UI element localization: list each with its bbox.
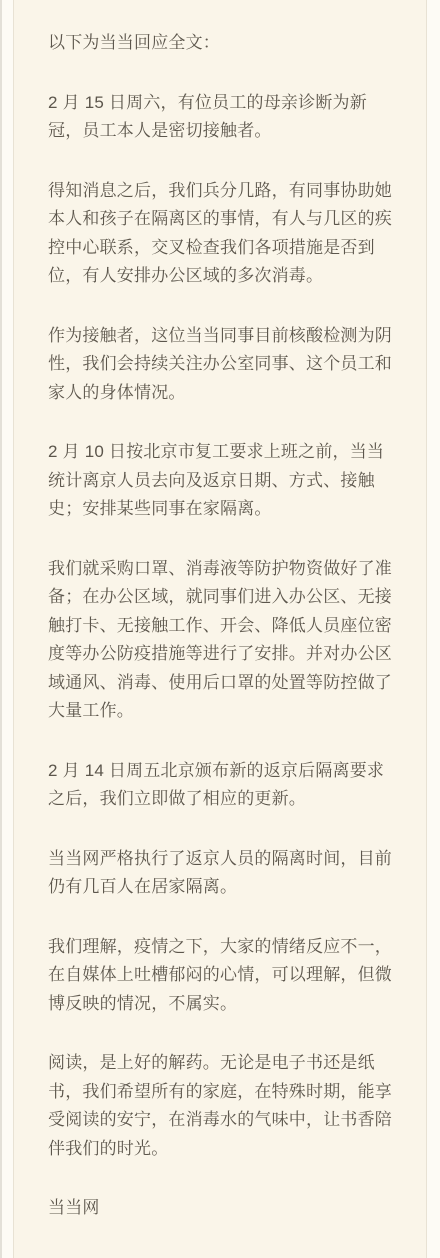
article-paragraph-9: 阅读，是上好的解药。无论是电子书还是纸 书，我们希望所有的家庭，在特殊时期，能享…	[48, 1049, 398, 1163]
article-paragraph-8: 我们理解，疫情之下，大家的情绪反应不一， 在自媒体上吐槽郁闷的心情，可以理解，但…	[48, 933, 398, 1019]
article-signature: 当当网	[48, 1194, 398, 1223]
article-paragraph-7: 当当网严格执行了返京人员的隔离时间，目前 仍有几百人在居家隔离。	[48, 845, 398, 902]
article-paragraph-1: 2 月 15 日周六，有位员工的母亲诊断为新 冠，员工本人是密切接触者。	[48, 89, 398, 146]
article-paragraph-2: 得知消息之后，我们兵分几路，有同事协助她 本人和孩子在隔离区的事情，有人与几区的…	[48, 177, 398, 291]
article-paragraph-6: 2 月 14 日周五北京颁布新的返京后隔离要求 之后，我们立即做了相应的更新。	[48, 757, 398, 814]
article-intro: 以下为当当回应全文：	[48, 29, 398, 58]
screenshot-root: 以下为当当回应全文： 2 月 15 日周六，有位员工的母亲诊断为新 冠，员工本人…	[0, 0, 440, 1258]
article-paragraph-4: 2 月 10 日按北京市复工要求上班之前，当当 统计离京人员去向及返京日期、方式…	[48, 438, 398, 524]
article-paragraph-3: 作为接触者，这位当当同事目前核酸检测为阴 性，我们会持续关注办公室同事、这个员工…	[48, 322, 398, 408]
article-panel: 以下为当当回应全文： 2 月 15 日周六，有位员工的母亲诊断为新 冠，员工本人…	[13, 0, 427, 1258]
article-paragraph-5: 我们就采购口罩、消毒液等防护物资做好了准 备；在办公区域，就同事们进入办公区、无…	[48, 555, 398, 726]
